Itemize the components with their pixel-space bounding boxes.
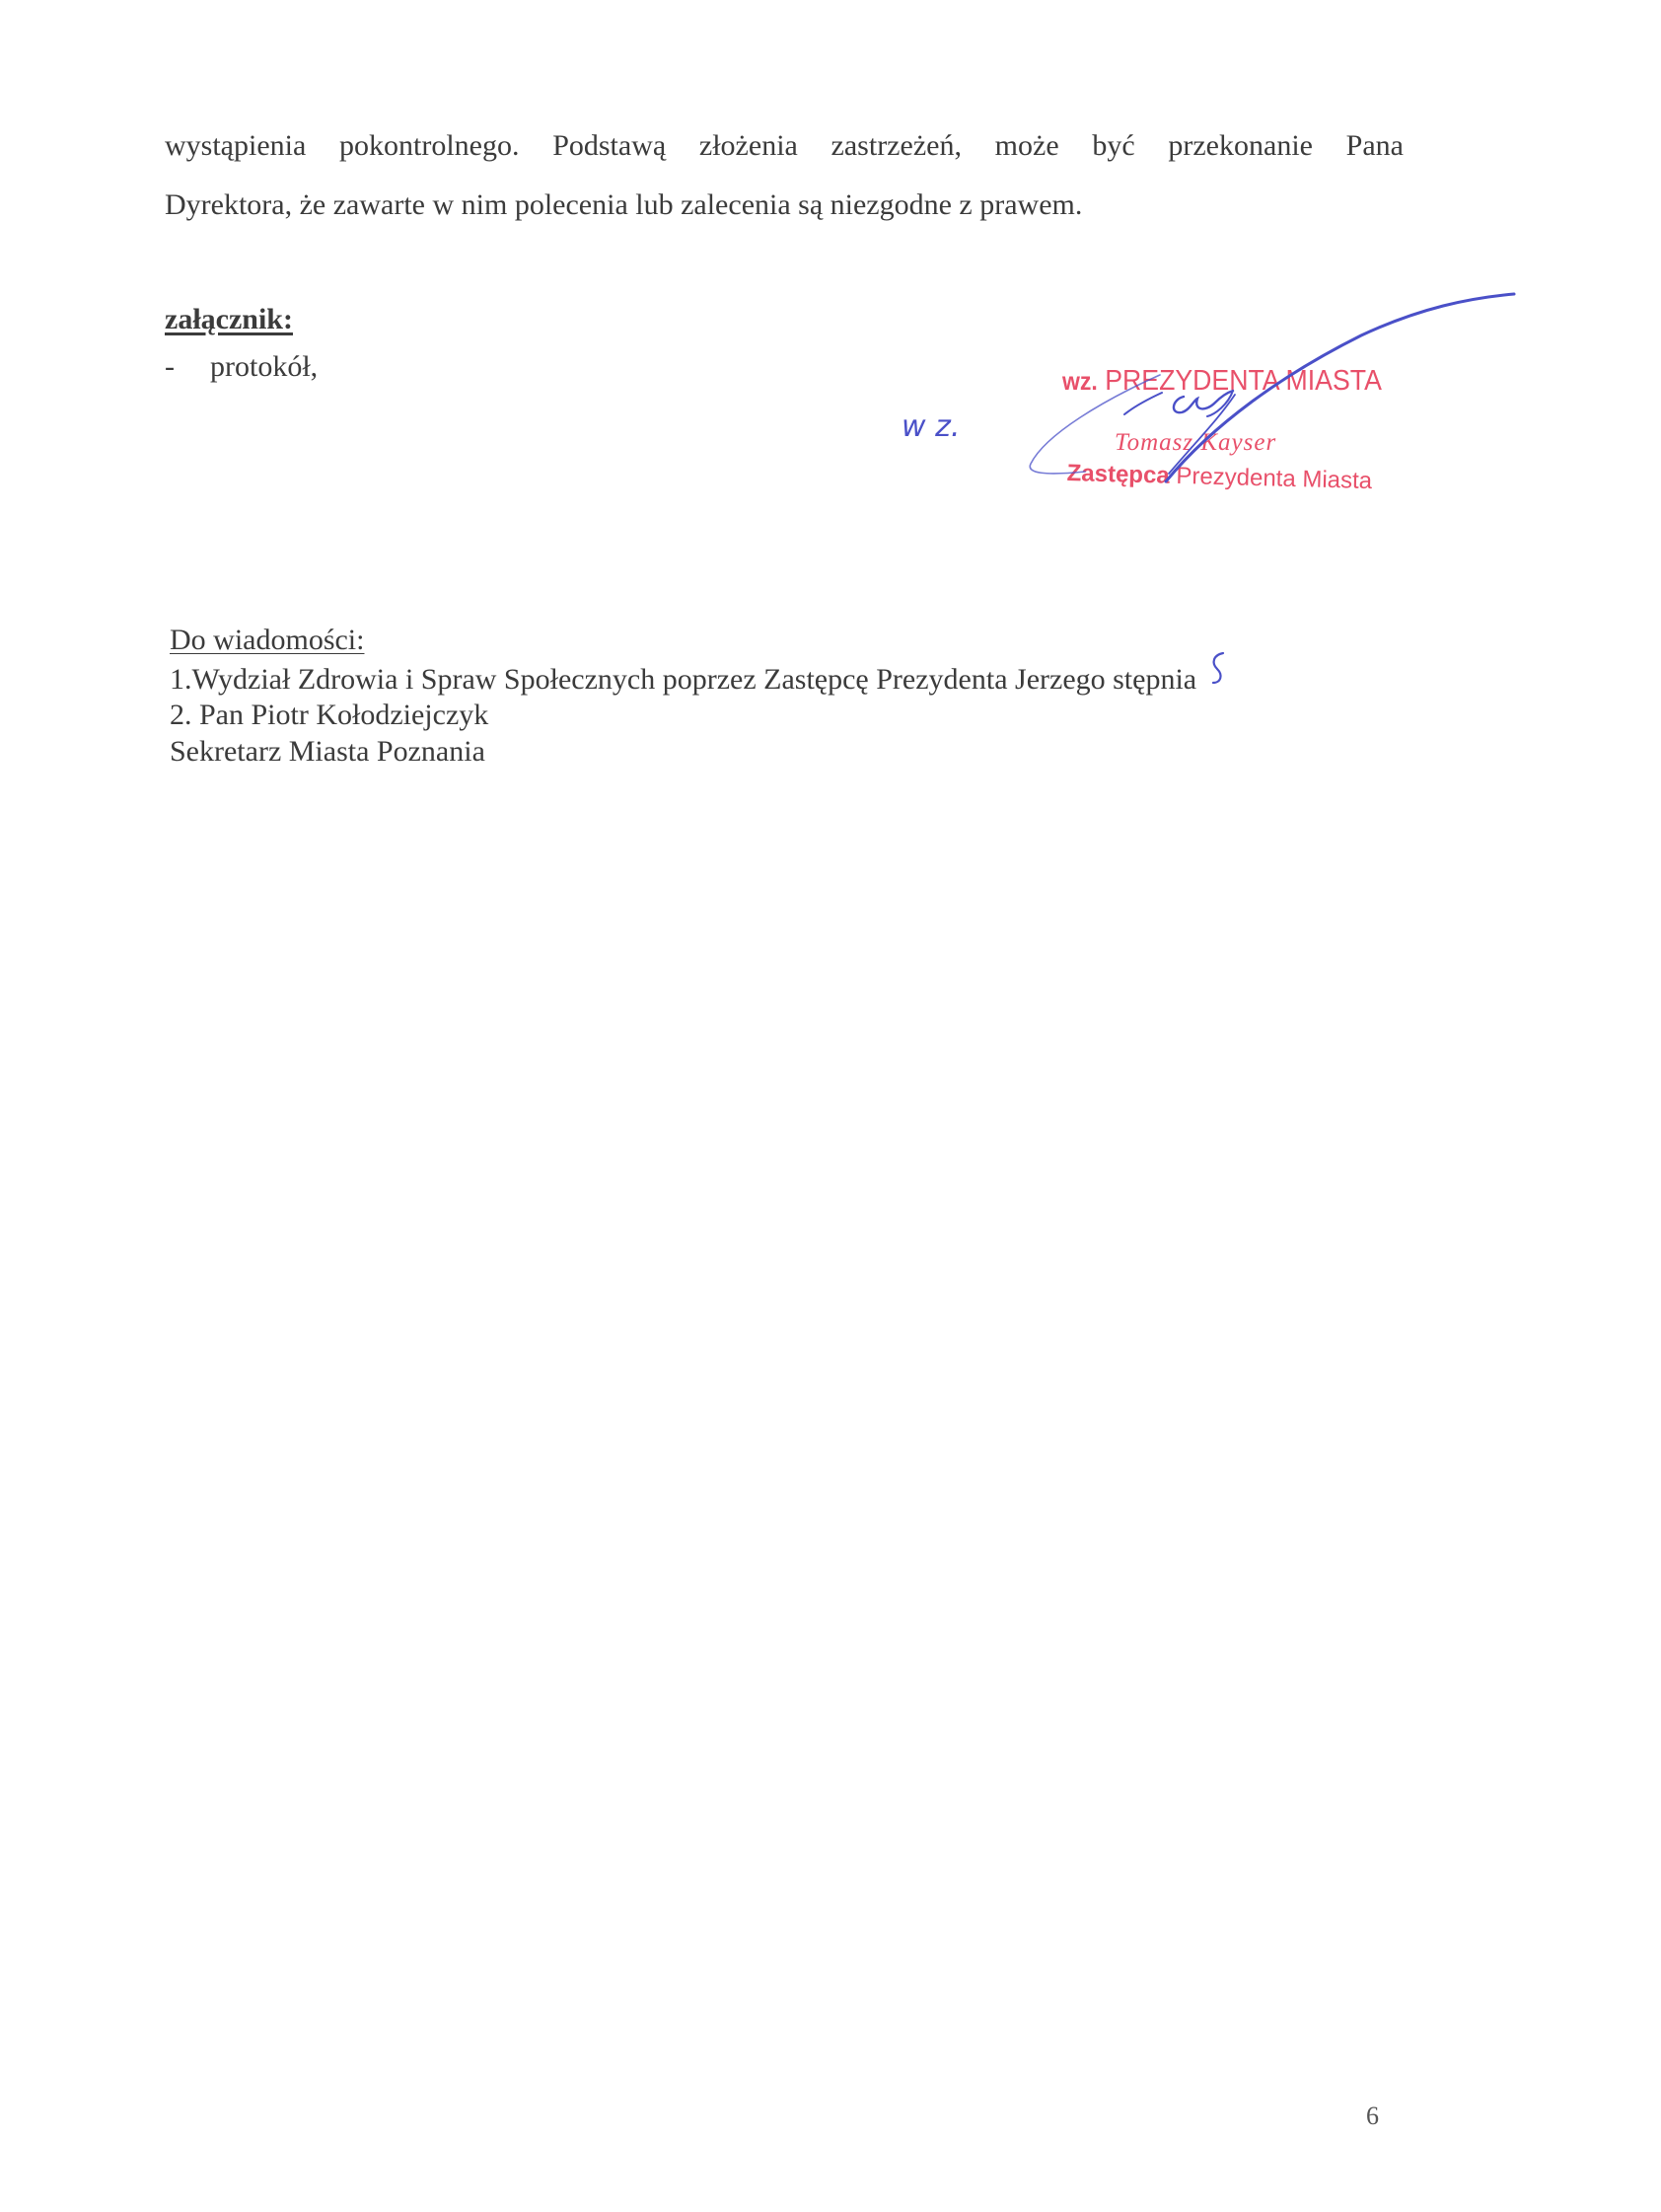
stamp-title-text: PREZYDENTA MIASTA — [1105, 365, 1382, 397]
handwritten-annotation: w z. — [902, 412, 960, 442]
document-page: wystąpienia pokontrolnego. Podstawą złoż… — [0, 0, 1661, 2212]
paragraph-line-2: Dyrektora, że zawarte w nim polecenia lu… — [165, 190, 1082, 220]
distribution-line: Sekretarz Miasta Poznania — [170, 737, 485, 767]
stamp-role-rest: Prezydenta Miasta — [1176, 463, 1372, 494]
distribution-line: 2. Pan Piotr Kołodziejczyk — [170, 700, 488, 730]
distribution-line: 1.Wydział Zdrowia i Spraw Społecznych po… — [170, 665, 1196, 695]
attachment-bullet: - — [165, 352, 175, 382]
page-number: 6 — [1366, 2103, 1379, 2129]
stamp-role-first: Zastępca — [1066, 460, 1170, 489]
stamp-title: wz. PREZYDENTA MIASTA — [1062, 367, 1382, 396]
stamp-prefix: wz. — [1062, 368, 1098, 396]
attachment-label: protokół, — [210, 352, 318, 382]
distribution-heading: Do wiadomości: — [170, 626, 364, 655]
attachments-heading: załącznik: — [165, 305, 293, 334]
stamp-name: Tomasz Kayser — [1115, 430, 1276, 455]
paragraph-line-1: wystąpienia pokontrolnego. Podstawą złoż… — [165, 131, 1404, 161]
stamp-role: Zastępca Prezydenta Miasta — [1066, 462, 1372, 493]
